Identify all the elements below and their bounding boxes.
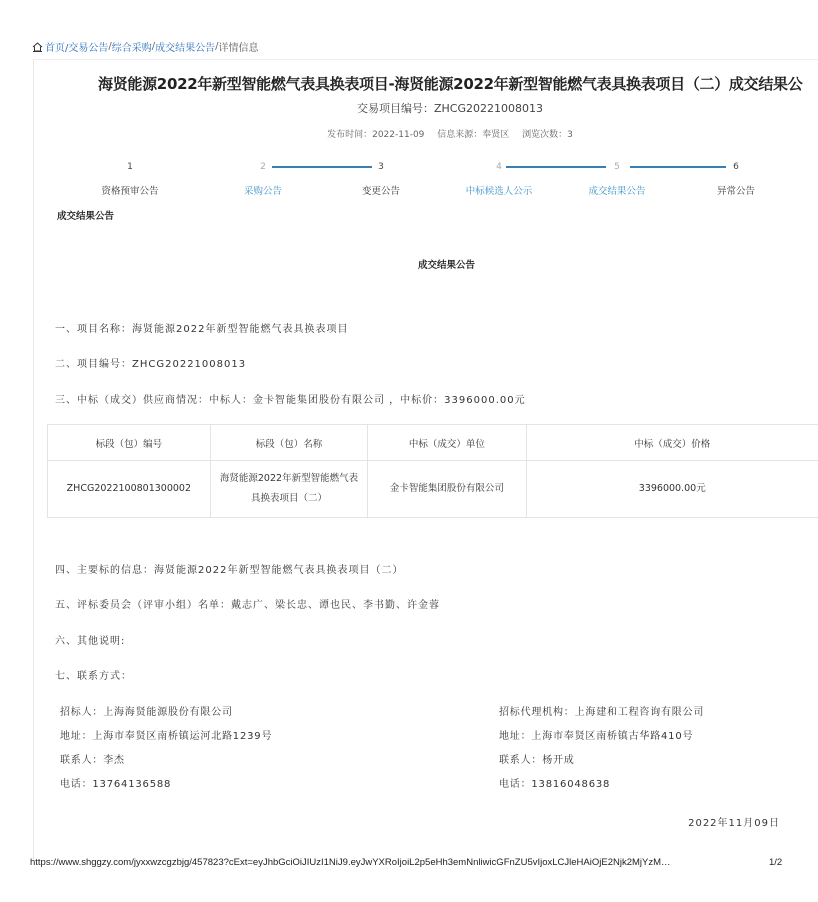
view-count: 浏览次数：3 — [522, 130, 573, 140]
col-header-price: 中标（成交）价格 — [526, 425, 818, 461]
contact-tenderer-org: 招标人：上海海贤能源股份有限公司 — [60, 703, 233, 718]
col-header-winner: 中标（成交）单位 — [368, 425, 526, 461]
item-project-name: 一、项目名称：海贤能源2022年新型智能燃气表具换表项目 — [55, 320, 348, 335]
step-number: 6 — [676, 160, 796, 174]
footer-url: https://www.shggzy.com/jyxxwzcgzbjg/4578… — [30, 857, 760, 868]
footer-page-number: 1/2 — [769, 857, 782, 868]
step-label: 异常公告 — [676, 183, 796, 197]
breadcrumb: 首页/ 交易公告 / 综合采购 / 成交结果公告 / 详情信息 — [32, 39, 259, 54]
step-result[interactable]: 5 成交结果公告 — [557, 160, 677, 197]
content-heading: 成交结果公告 — [418, 257, 475, 271]
step-procurement[interactable]: 2 采购公告 — [203, 160, 323, 197]
step-prequalification[interactable]: 1 资格预审公告 — [70, 160, 190, 197]
contact-agency-address: 地址：上海市奉贤区南桥镇古华路410号 — [499, 727, 693, 742]
project-code: 交易项目编号：ZHCG20221008013 — [0, 100, 818, 116]
breadcrumb-current: 详情信息 — [219, 39, 259, 54]
cell-price: 3396000.00元 — [526, 461, 818, 518]
contact-agency-person: 联系人：杨开成 — [499, 751, 575, 766]
result-table: 标段（包）编号 标段（包）名称 中标（成交）单位 中标（成交）价格 ZHCG20… — [47, 424, 818, 518]
contact-tenderer-phone: 电话：13764136588 — [60, 775, 171, 790]
step-label[interactable]: 成交结果公告 — [557, 183, 677, 197]
step-number: 2 — [203, 160, 323, 174]
item-supplier: 三、中标（成交）供应商情况：中标人：金卡智能集团股份有限公司 ，中标价：3396… — [55, 391, 526, 406]
step-change[interactable]: 3 变更公告 — [321, 160, 441, 197]
contact-tenderer-address: 地址：上海市奉贤区南桥镇运河北路1239号 — [60, 727, 272, 742]
contact-agency-org: 招标代理机构：上海建和工程咨询有限公司 — [499, 703, 704, 718]
item-other-notes: 六、其他说明: — [55, 632, 125, 647]
item-main-subject: 四、主要标的信息：海贤能源2022年新型智能燃气表具换表项目（二） — [55, 561, 403, 576]
step-label[interactable]: 采购公告 — [203, 183, 323, 197]
col-header-name: 标段（包）名称 — [210, 425, 368, 461]
table-row: ZHCG2022100801300002 海贤能源2022年新型智能燃气表 具换… — [48, 461, 818, 518]
item-project-code: 二、项目编号：ZHCG20221008013 — [55, 355, 246, 370]
cell-name-line2: 具换表项目（二） — [251, 493, 327, 504]
breadcrumb-comprehensive-procurement[interactable]: 综合采购 — [112, 39, 152, 54]
home-icon[interactable] — [32, 42, 43, 52]
step-number: 3 — [321, 160, 441, 174]
step-label[interactable]: 中标候选人公示 — [439, 183, 559, 197]
contact-tenderer-person: 联系人：李杰 — [60, 751, 125, 766]
item-contact-heading: 七、联系方式： — [55, 667, 132, 682]
contact-agency-phone: 电话：13816048638 — [499, 775, 610, 790]
cell-name-line1: 海贤能源2022年新型智能燃气表 — [220, 473, 358, 484]
cell-name: 海贤能源2022年新型智能燃气表 具换表项目（二） — [210, 461, 368, 518]
cell-code: ZHCG2022100801300002 — [48, 461, 211, 518]
notice-date: 2022年11月09日 — [688, 814, 780, 829]
page-title: 海贤能源2022年新型智能燃气表具换表项目-海贤能源2022年新型智能燃气表具换… — [98, 73, 818, 94]
process-steps: 1 资格预审公告 2 采购公告 3 变更公告 4 中标候选人公示 5 成交结果公… — [70, 160, 800, 200]
section-label: 成交结果公告 — [57, 208, 114, 222]
publish-time: 发布时间：2022-11-09 — [327, 130, 424, 140]
info-source: 信息来源：奉贤区 — [437, 130, 509, 140]
step-candidates[interactable]: 4 中标候选人公示 — [439, 160, 559, 197]
step-number: 4 — [439, 160, 559, 174]
col-header-code: 标段（包）编号 — [48, 425, 211, 461]
item-committee: 五、评标委员会（评审小组）名单：戴志广、梁长忠、谭也民、李书勤、许金蓉 — [55, 596, 440, 611]
table-header-row: 标段（包）编号 标段（包）名称 中标（成交）单位 中标（成交）价格 — [48, 425, 818, 461]
step-exception[interactable]: 6 异常公告 — [676, 160, 796, 197]
cell-winner: 金卡智能集团股份有限公司 — [368, 461, 526, 518]
step-number: 1 — [70, 160, 190, 174]
breadcrumb-trade-notices[interactable]: 交易公告 — [68, 39, 108, 54]
step-label: 变更公告 — [321, 183, 441, 197]
step-number: 5 — [557, 160, 677, 174]
publish-meta: 发布时间：2022-11-09 信息来源：奉贤区 浏览次数：3 — [0, 127, 818, 140]
step-label: 资格预审公告 — [70, 183, 190, 197]
breadcrumb-home[interactable]: 首页/ — [45, 39, 68, 54]
breadcrumb-result-notices[interactable]: 成交结果公告 — [155, 39, 215, 54]
